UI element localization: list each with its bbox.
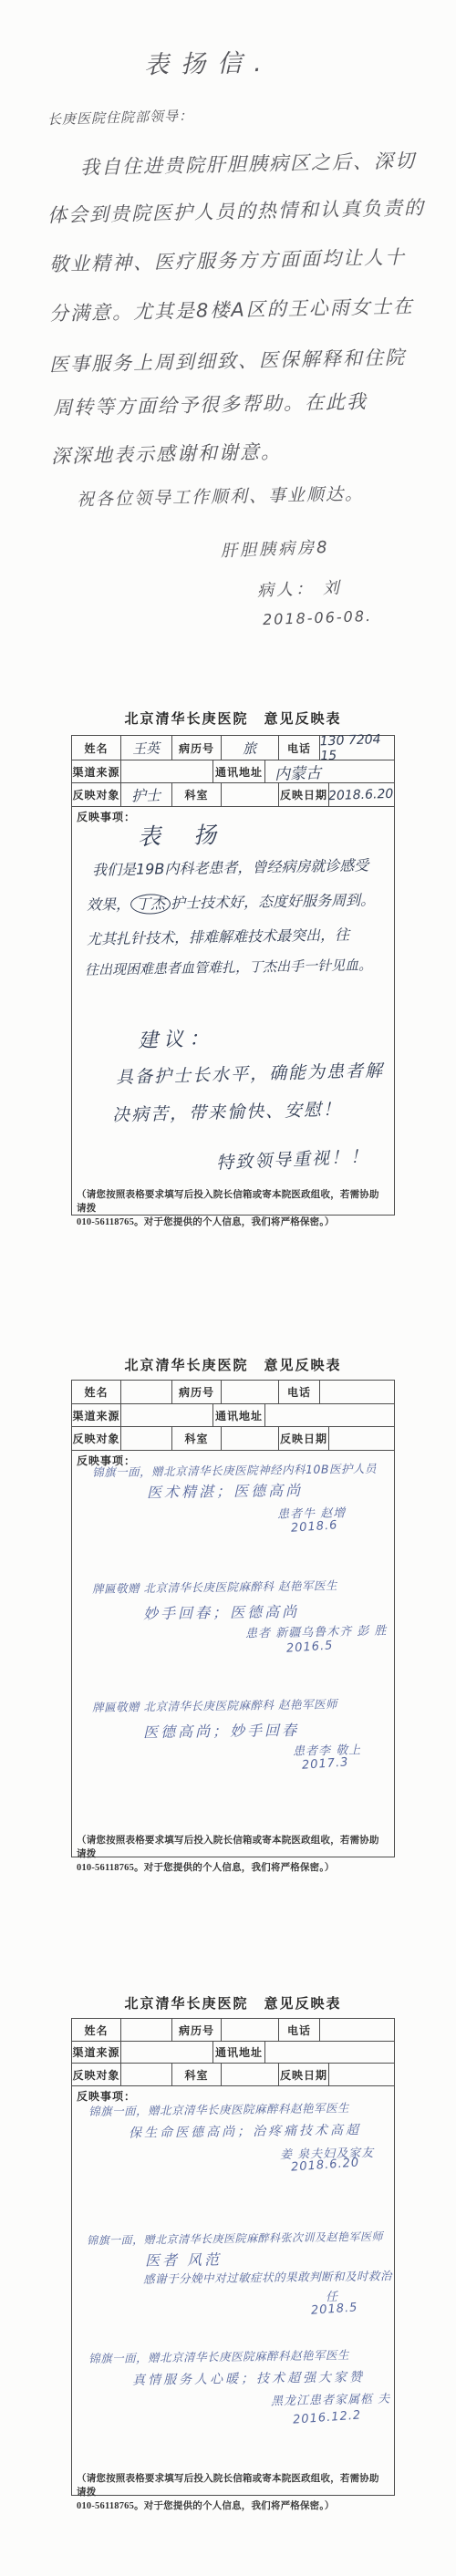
matters-line: 往出现困难患者血管难扎，丁杰出手一针见血。 [85, 955, 372, 978]
matters-line: 效果，丁杰护士技术好，态度好服务周到。 [87, 888, 375, 915]
suggestion-line: 决病苦，带来愉快、安慰！ [112, 1096, 343, 1127]
field-label-channel: 渠道来源 [72, 760, 121, 782]
entry-line: 锦旗一面，赠北京清华长庚医院麻醉科赵艳军医生 [88, 2099, 349, 2119]
field-value-name [121, 1381, 172, 1403]
field-value-address: 内蒙古 [265, 760, 393, 782]
entry-motto: 医德高尚；妙手回春 [143, 1719, 299, 1742]
field-value-date: 2018.6.20 [329, 783, 393, 806]
field-label-phone: 电话 [279, 2019, 320, 2041]
field-value-date [329, 2064, 393, 2085]
footer-line: （请您按照表格要求填写后投入院长信箱或寄本院医政组收，若需协助请拨 [77, 1834, 387, 1861]
feedback-form-3: 北京清华长庚医院 意见反映表 姓名 病历号 电话 渠道来源 通讯地址 反映对象 … [71, 1991, 395, 2496]
field-label-department: 科室 [172, 1427, 222, 1450]
letter-body-line: 周转等方面给予很多帮助。在此我 [53, 387, 368, 420]
matters-line: 尤其扎针技术，排难解难技术最突出，往 [87, 923, 349, 948]
letter-signature-name: 病人： 刘 [257, 574, 343, 601]
entry-motto: 医术精湛；医德高尚 [147, 1479, 303, 1502]
footer-line: 010-56118765。对于您提供的个人信息，我们将严格保密。） [77, 1861, 387, 1875]
entry-signature: 患者李 敬上 [293, 1740, 362, 1759]
letter-body-line: 医事服务上周到细致、医保解释和住院 [49, 343, 407, 378]
letter-title: 表扬信. [144, 43, 274, 80]
footer-note: （请您按照表格要求填写后投入院长信箱或寄本院医政组收，若需协助请拨 010-56… [77, 1188, 387, 1229]
field-label-record-no: 病历号 [172, 736, 222, 760]
matters-area: 反映事项： 表 扬 我们是19B内科老患者，曾经病房就诊感受 效果，丁杰护士技术… [72, 807, 394, 1216]
entry-line: 牌匾敬赠 北京清华长庚医院麻醉科 赵艳军医师 [92, 1695, 337, 1715]
letter-salutation: 长庚医院住院部领导： [47, 106, 194, 129]
scanned-page: { "colors": { "paper": "#fcfcfb", "print… [0, 0, 456, 2576]
field-value-phone: 130 7204 15 [320, 736, 393, 760]
footer-note: （请您按照表格要求填写后投入院长信箱或寄本院医政组收，若需协助请拨 010-56… [77, 1834, 387, 1875]
field-value-name [121, 2019, 172, 2041]
footer-line: （请您按照表格要求填写后投入院长信箱或寄本院医政组收，若需协助请拨 [77, 2472, 387, 2499]
praise-letter: 表扬信. 长庚医院住院部领导： 我自住进贵院肝胆胰病区之后、深切 体会到贵院医护… [0, 27, 456, 666]
field-label-record-no: 病历号 [172, 2019, 222, 2041]
entry-signature: 黑龙江患者家属柩 夫 [271, 2389, 391, 2409]
entry-motto: 医者 风范 [145, 2248, 222, 2270]
letter-signature-unit: 肝胆胰病房8 [221, 534, 330, 562]
field-label-date: 反映日期 [279, 1427, 329, 1450]
form-table: 姓名 病历号 电话 渠道来源 通讯地址 反映对象 科室 反映日期 反映事项： 锦… [71, 2018, 395, 2496]
matters-closing: 特致领导重视！！ [215, 1143, 369, 1174]
field-value-target [121, 2064, 172, 2085]
field-label-address: 通讯地址 [213, 760, 265, 782]
feedback-form-1: 北京清华长庚医院 意见反映表 姓名 王英 病历号 旅 电话 130 7204 1… [71, 707, 395, 1216]
letter-body-line: 体会到贵院医护人员的热情和认真负责的 [47, 193, 426, 229]
field-value-target: 护士 [121, 783, 172, 806]
field-value-name: 王英 [121, 736, 172, 760]
feedback-form-2: 北京清华长庚医院 意见反映表 姓名 病历号 电话 渠道来源 通讯地址 反映对象 … [71, 1352, 395, 1857]
field-label-record-no: 病历号 [172, 1381, 222, 1403]
matters-heading: 表 扬 [138, 817, 230, 853]
field-value-department [222, 1427, 279, 1450]
entry-date: 2017.3 [302, 1755, 349, 1773]
matters-area: 反映事项： 锦旗一面，赠北京清华长庚医院神经内科10B医护人员 医术精湛；医德高… [72, 1451, 394, 1858]
field-value-channel [121, 2042, 213, 2063]
entry-motto: 妙手回春；医德高尚 [143, 1600, 299, 1623]
matters-line-part: 效果， [87, 895, 130, 914]
entry-line: 锦旗一面，赠北京清华长庚医院麻醉科赵艳军医生 [88, 2346, 349, 2366]
field-value-phone [320, 2019, 393, 2041]
field-label-channel: 渠道来源 [72, 2042, 121, 2063]
field-value-department [222, 783, 279, 806]
letter-body-line: 敬业精神、医疗服务方方面面均让人十 [49, 243, 407, 277]
form-table: 姓名 病历号 电话 渠道来源 通讯地址 反映对象 科室 反映日期 反映事项： 锦… [71, 1380, 395, 1857]
matters-area: 反映事项： 锦旗一面，赠北京清华长庚医院麻醉科赵艳军医生 保生命医德高尚；治疼痛… [72, 2086, 394, 2497]
field-label-phone: 电话 [279, 1381, 320, 1403]
field-value-address [265, 2042, 393, 2063]
field-label-phone: 电话 [279, 736, 320, 760]
suggestion-heading: 建议： [137, 1023, 214, 1054]
entry-line: 锦旗一面，赠北京清华长庚医院神经内科10B医护人员 [92, 1460, 377, 1480]
footer-line: （请您按照表格要求填写后投入院长信箱或寄本院医政组收，若需协助请拨 [77, 1188, 387, 1216]
field-value-record-no [222, 2019, 279, 2041]
letter-body-line: 我自住进贵院肝胆胰病区之后、深切 [80, 146, 417, 181]
field-value-department [222, 2064, 279, 2085]
field-value-record-no [222, 1381, 279, 1403]
entry-date: 2016.12.2 [293, 2408, 362, 2426]
field-label-department: 科室 [172, 783, 222, 806]
field-value-date [329, 1427, 393, 1450]
footer-line: 010-56118765。对于您提供的个人信息，我们将严格保密。） [77, 1216, 387, 1229]
form-title: 北京清华长庚医院 意见反映表 [71, 1993, 395, 2012]
letter-body-line: 深深地表示感谢和谢意。 [51, 437, 283, 469]
field-label-address: 通讯地址 [213, 2042, 265, 2063]
entry-motto: 真情服务人心暖；技术超强大家赞 [132, 2367, 365, 2389]
field-label-date: 反映日期 [279, 783, 329, 806]
form-table: 姓名 王英 病历号 旅 电话 130 7204 15 渠道来源 通讯地址 内蒙古… [71, 735, 395, 1216]
letter-body-line: 祝各位领导工作顺利、事业顺达。 [77, 481, 365, 512]
field-label-target: 反映对象 [72, 2064, 121, 2085]
matters-line-part: 护士技术好，态度好服务周到。 [171, 891, 375, 912]
field-value-address [265, 1404, 393, 1426]
field-label-target: 反映对象 [72, 1427, 121, 1450]
entry-line: 牌匾敬赠 北京清华长庚医院麻醉科 赵艳军医生 [92, 1577, 337, 1597]
entry-date: 2016.5 [286, 1639, 334, 1656]
field-value-phone [320, 1381, 393, 1403]
matters-label: 反映事项： [77, 809, 136, 824]
field-label-channel: 渠道来源 [72, 1404, 121, 1426]
circled-nurse-name: 丁杰 [130, 894, 171, 915]
field-label-name: 姓名 [72, 2019, 121, 2041]
entry-date: 2018.6 [291, 1518, 338, 1536]
entry-line: 感谢于分娩中对过敏症状的果敢判断和及时救治 [143, 2267, 392, 2287]
letter-signature-date: 2018-06-08. [263, 607, 373, 628]
entry-line: 锦旗一面，赠北京清华长庚医院麻醉科张次训及赵艳军医师 [87, 2229, 383, 2249]
field-value-target [121, 1427, 172, 1450]
entry-signature: 患者 新疆乌鲁木齐 彭 胜 [245, 1620, 388, 1640]
field-label-department: 科室 [172, 2064, 222, 2085]
entry-date: 2018.5 [311, 2301, 358, 2318]
suggestion-line: 具备护士长水平，确能为患者解 [116, 1057, 385, 1089]
form-title: 北京清华长庚医院 意见反映表 [71, 1355, 395, 1374]
matters-line: 我们是19B内科老患者，曾经病房就诊感受 [92, 853, 369, 879]
field-label-address: 通讯地址 [213, 1404, 265, 1426]
field-label-target: 反映对象 [72, 783, 121, 806]
form-title: 北京清华长庚医院 意见反映表 [71, 709, 395, 728]
field-label-name: 姓名 [72, 1381, 121, 1403]
footer-note: （请您按照表格要求填写后投入院长信箱或寄本院医政组收，若需协助请拨 010-56… [77, 2472, 387, 2513]
field-label-name: 姓名 [72, 736, 121, 760]
field-value-record-no: 旅 [222, 736, 279, 760]
entry-motto: 保生命医德高尚；治疼痛技术高超 [129, 2120, 361, 2142]
field-value-channel [121, 760, 213, 782]
field-label-date: 反映日期 [279, 2064, 329, 2085]
letter-body-line: 分满意。尤其是8楼A区的王心雨女士在 [49, 292, 414, 326]
footer-line: 010-56118765。对于您提供的个人信息，我们将严格保密。） [77, 2499, 387, 2513]
field-value-channel [121, 1404, 213, 1426]
